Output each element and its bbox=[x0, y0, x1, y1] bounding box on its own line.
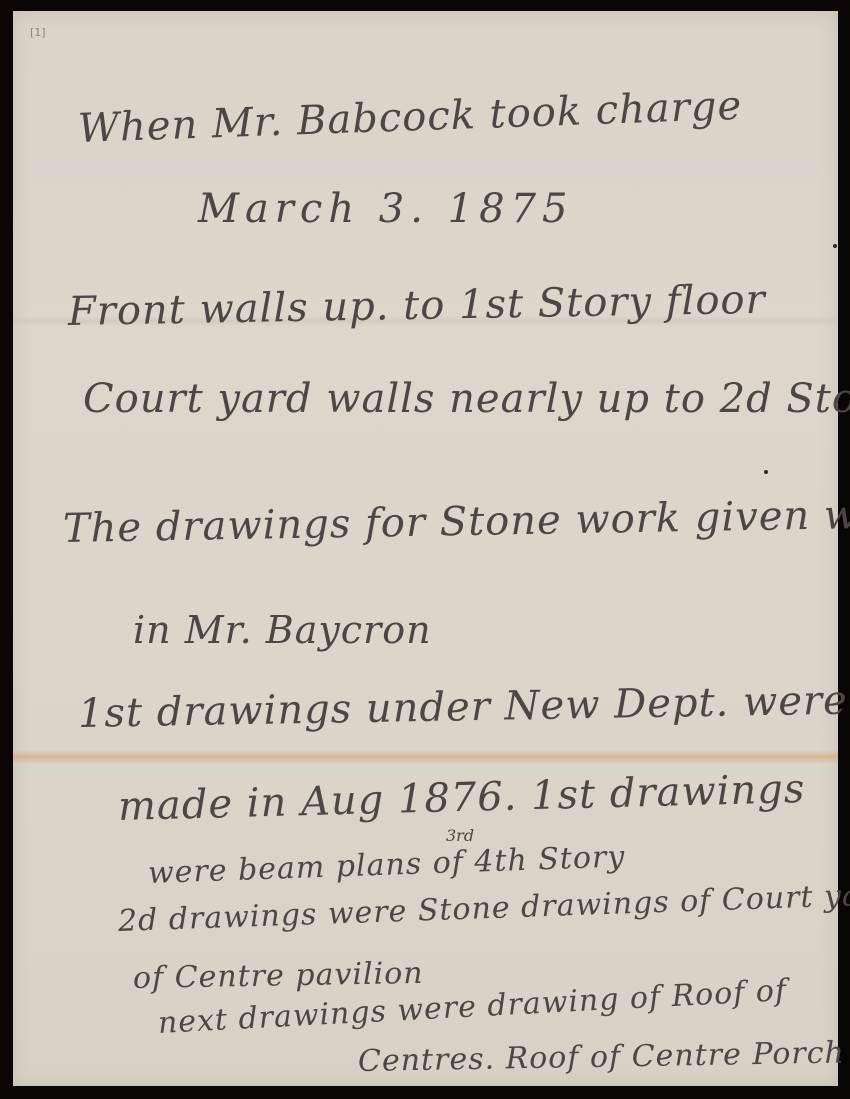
page-number: [1] bbox=[30, 26, 46, 39]
handwritten-line-4: Court yard walls nearly up to 2d Story f… bbox=[83, 376, 850, 422]
handwritten-date: March 3. 1875 bbox=[198, 186, 573, 232]
handwritten-line-11: of Centre pavilion bbox=[133, 956, 424, 996]
manuscript-page: [1] When Mr. Babcock took charge March 3… bbox=[13, 11, 838, 1086]
handwritten-line-5: The drawings for Stone work given with bbox=[63, 491, 850, 552]
handwritten-line-13: Centres. Roof of Centre Porch bbox=[358, 1036, 845, 1079]
handwritten-line-9: were beam plans of 4th Story bbox=[147, 839, 625, 891]
ink-speck bbox=[764, 470, 768, 474]
handwritten-line-7: 1st drawings under New Dept. were bbox=[78, 678, 848, 737]
handwritten-line-6: in Mr. Baycron bbox=[133, 608, 432, 652]
handwritten-line-8: made in Aug 1876. 1st drawings bbox=[117, 766, 805, 830]
paper-fold-stain bbox=[13, 750, 838, 764]
ink-speck bbox=[833, 244, 837, 248]
scanned-document: [1] When Mr. Babcock took charge March 3… bbox=[0, 0, 850, 1099]
handwritten-line-3: Front walls up. to 1st Story floor bbox=[68, 277, 766, 335]
handwritten-line-1: When Mr. Babcock took charge bbox=[77, 83, 743, 152]
interlinear-note: 3rd bbox=[446, 826, 474, 845]
